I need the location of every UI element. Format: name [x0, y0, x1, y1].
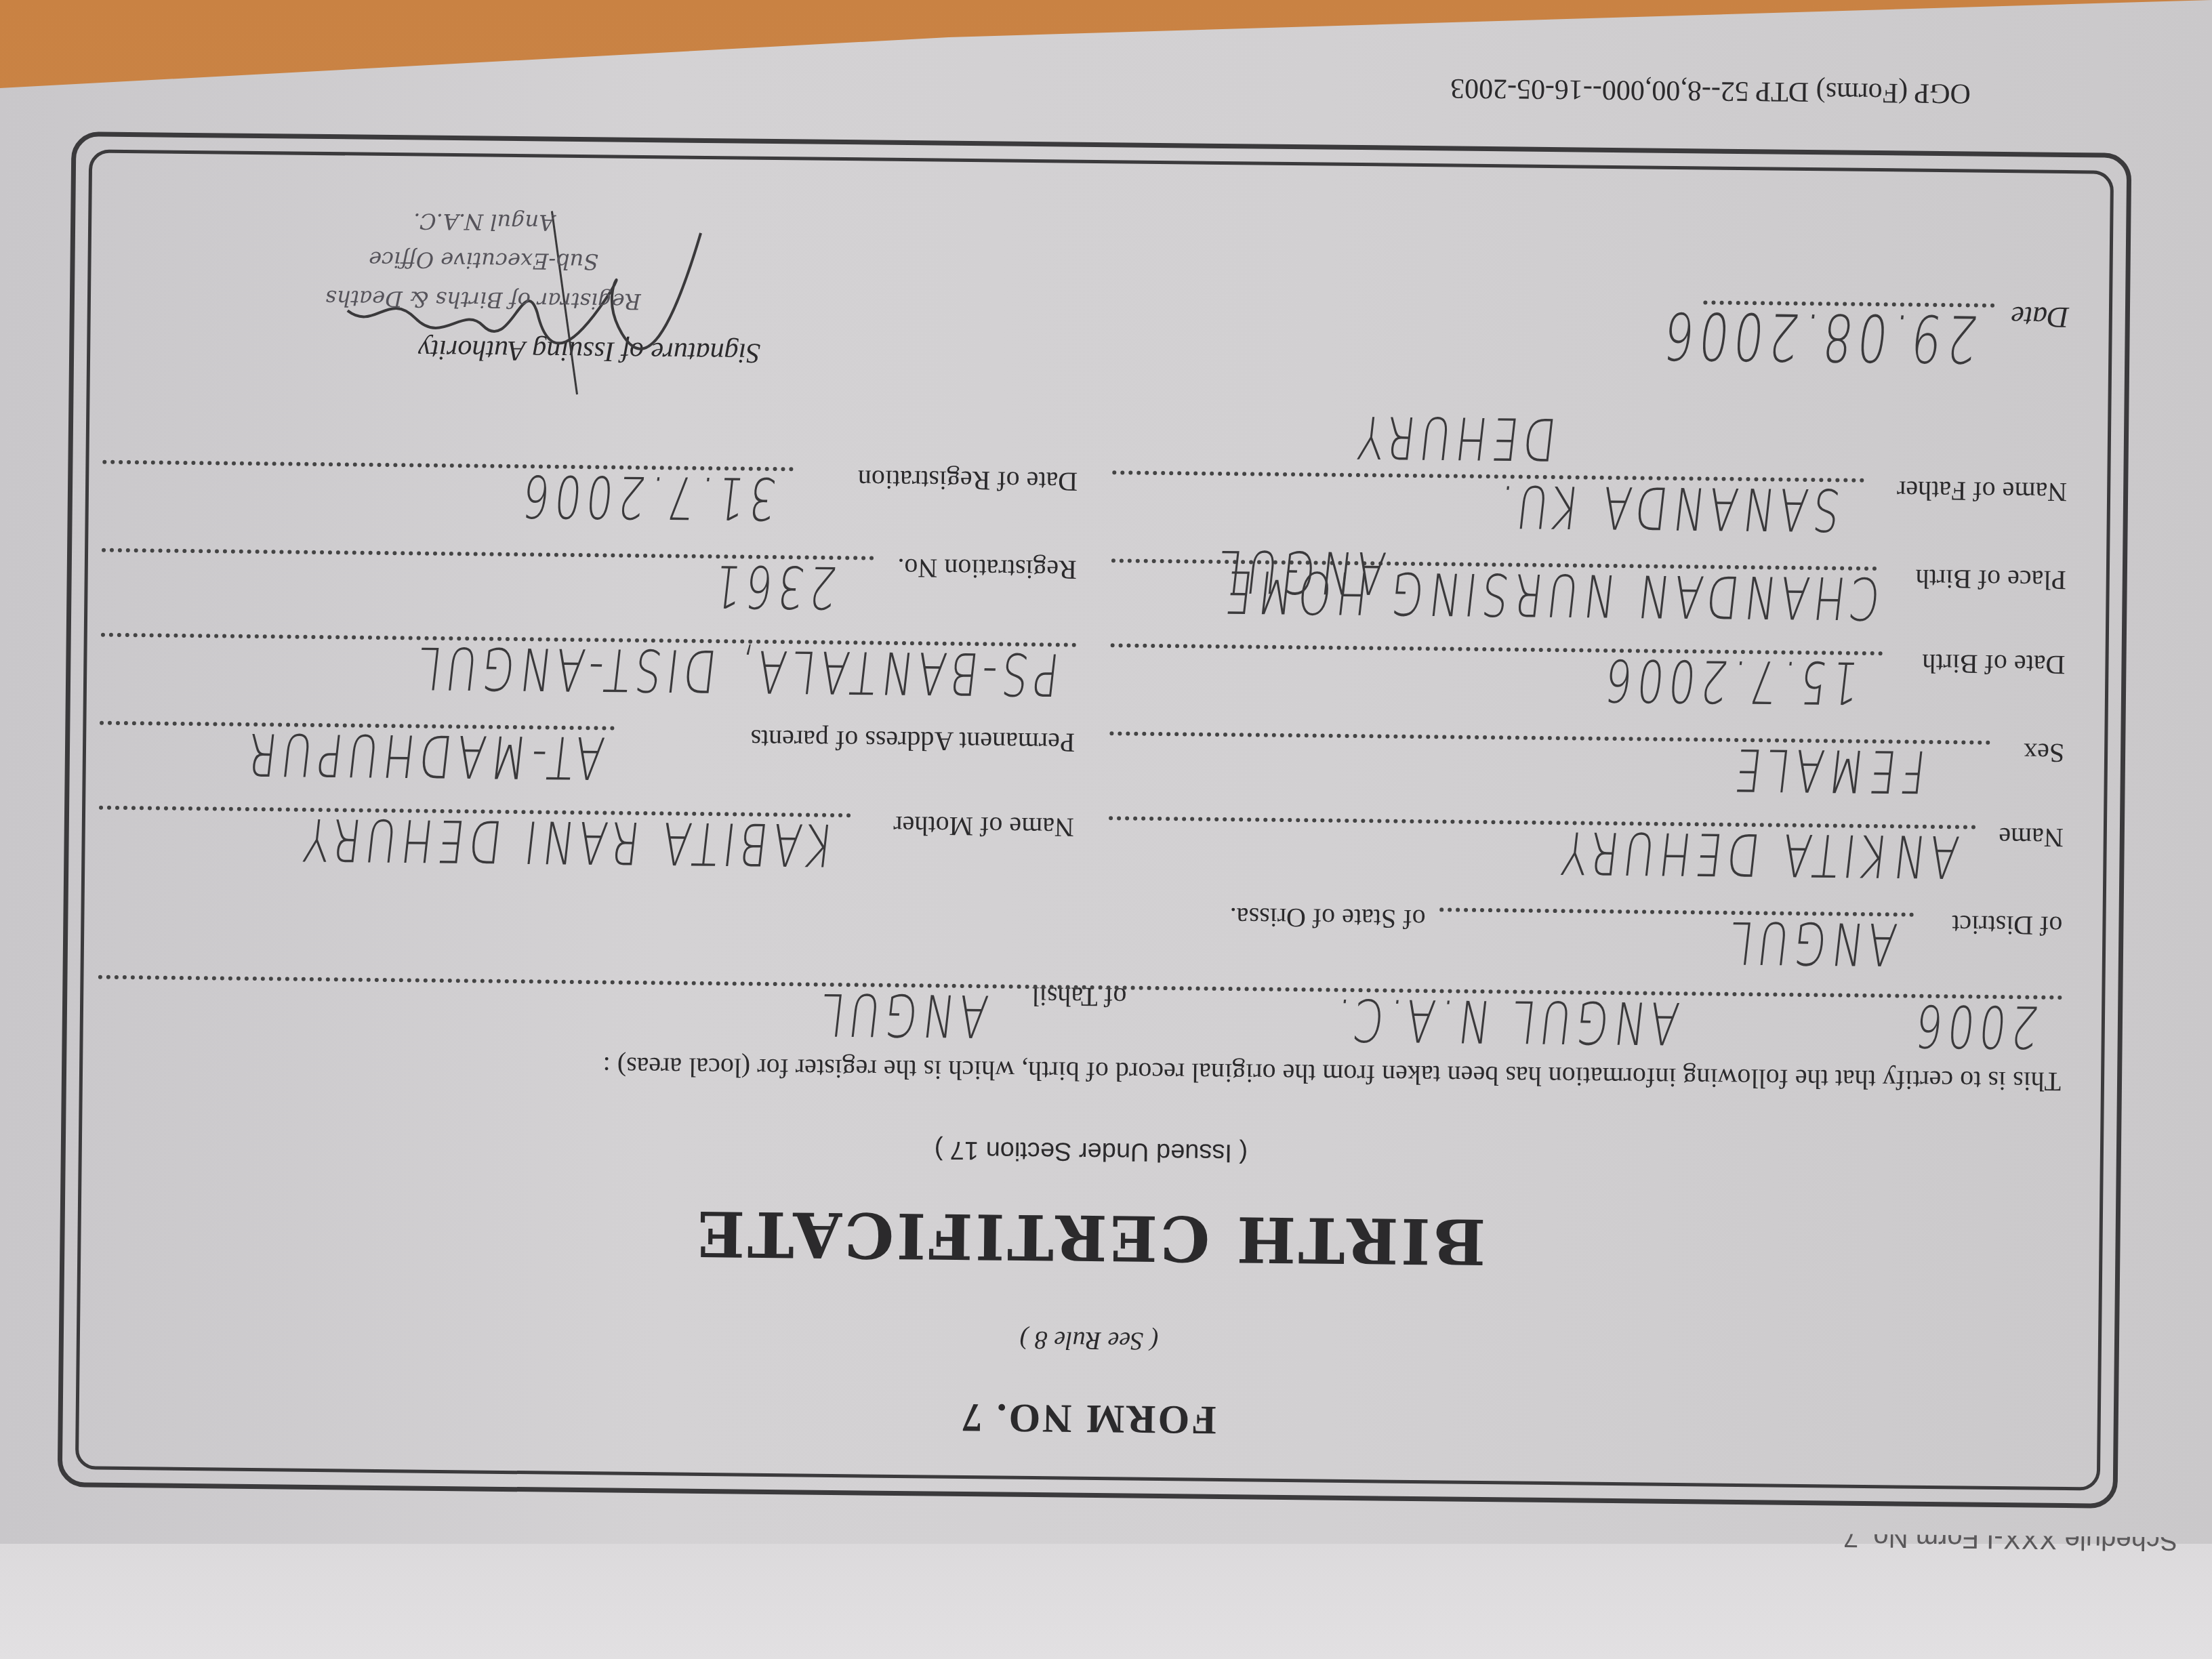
dob-line: Date of Birth 15.7.2006 PS-BANTALA, DIST…: [100, 623, 2066, 712]
address-label: Permanent Address of parents: [750, 724, 1075, 759]
address-value-line1: AT-MADHUPUR: [239, 720, 607, 791]
date-of-registration-value: 31.7.2006: [514, 462, 779, 532]
father-value: SANANDA KU.: [1491, 472, 1844, 543]
mother-label: Name of Mother: [893, 810, 1074, 844]
date-of-registration-label: Date of Registration: [858, 464, 1078, 497]
stamp-line-1: Registrar of Births & Deaths: [212, 277, 755, 322]
registration-no-label: Registration No.: [897, 552, 1077, 586]
rule-reference: ( See Rule 8 ): [106, 1315, 2072, 1366]
place-of-birth-value-line2: ANGUL: [1210, 537, 1389, 607]
district-value: ANGUL: [1721, 908, 1900, 978]
issue-date: Date 29.08.2006: [1458, 289, 2069, 383]
date-label: Date: [2011, 300, 2069, 335]
signature-block: Signature of Issuing Authority Registrar…: [171, 160, 783, 369]
printer-code: OGP (Forms) DTP 52--8,00,000--16-05-2003: [1450, 72, 1971, 110]
issued-under-section: ( Issued Under Section 17 ): [108, 1126, 2074, 1176]
name-label: Name: [1999, 821, 2064, 854]
dob-label: Date of Birth: [1922, 648, 2066, 681]
sex-line: Sex FEMALE Permanent Address of parents …: [99, 712, 2065, 800]
form-number: FORM NO. 7: [105, 1385, 2071, 1452]
stamp-line-3: Angul N.A.C.: [213, 199, 756, 244]
state-label: of State of Orissa.: [1229, 901, 1425, 935]
certificate-title: BIRTH CERTIFICATE: [107, 1191, 2073, 1284]
place-of-birth-label: Place of Birth: [1915, 563, 2066, 596]
district-line: of District ANGUL of State of Orissa.: [97, 884, 2063, 972]
dotted-line: [102, 460, 793, 472]
underlying-paper: [0, 1544, 2212, 1659]
district-label: of District: [1952, 909, 2063, 942]
sex-label: Sex: [2024, 737, 2064, 769]
name-line: Name ANKITA DEHURY Name of Mother KABITA…: [98, 796, 2064, 884]
registration-no-value: 2361: [706, 552, 840, 621]
dob-value: 15.7.2006: [1597, 646, 1862, 716]
stamp-line-2: Sub-Executive Office: [212, 238, 755, 283]
name-value: ANKITA DEHURY: [1553, 818, 1962, 890]
year-value: 2006: [1908, 991, 2042, 1061]
birth-certificate: FORM NO. 7 ( See Rule 8 ) BIRTH CERTIFIC…: [58, 131, 2132, 1509]
father-value-line2: DEHURY: [1350, 403, 1560, 472]
date-value: 29.08.2006: [1656, 298, 1981, 377]
local-area-value: ANGUL N.A.C.: [1328, 985, 1683, 1057]
tahsil-value: ANGUL: [813, 980, 991, 1050]
sex-value: FEMALE: [1727, 735, 1929, 805]
local-area-line: 2006 ANGUL N.A.C. of Tahsil ANGUL: [96, 966, 2062, 1054]
father-label: Name of Father: [1897, 474, 2067, 508]
certification-statement: This is to certify that the following in…: [96, 1046, 2061, 1098]
place-of-birth-line: Place of Birth CHANDAN NURSING HOME Regi…: [100, 539, 2066, 627]
official-stamp: Registrar of Births & Deaths Sub-Executi…: [212, 199, 756, 322]
